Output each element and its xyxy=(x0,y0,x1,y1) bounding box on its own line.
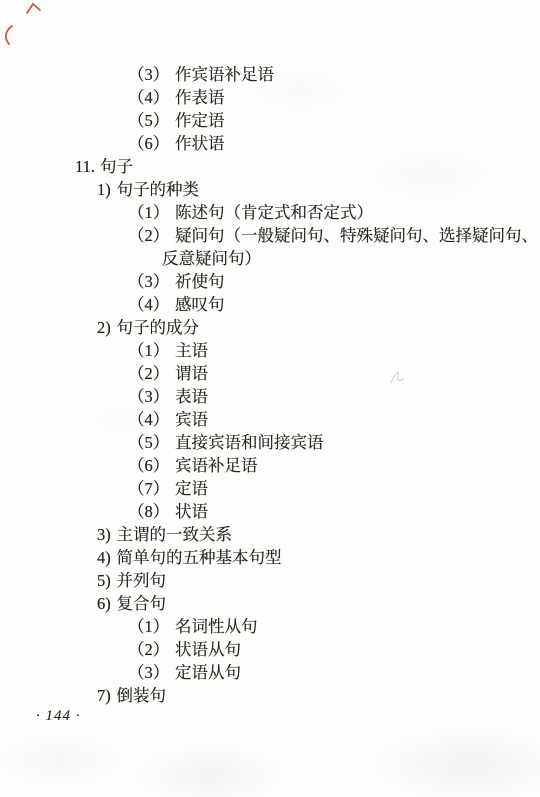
item-number: 11. xyxy=(75,157,95,176)
outline-line: 11.句子 xyxy=(75,155,540,178)
item-text: 感叹句 xyxy=(175,295,225,314)
item-number: 1) xyxy=(97,180,111,199)
outline-text-block: （3）作宾语补足语（4）作表语（5）作定语（6）作状语11.句子1)句子的种类（… xyxy=(0,63,540,707)
item-text: 陈述句（肯定式和否定式） xyxy=(175,203,373,222)
item-number: 2) xyxy=(97,318,111,337)
item-number: 3) xyxy=(97,525,111,544)
item-text: 句子 xyxy=(100,157,133,176)
item-number: （5） xyxy=(128,433,169,452)
outline-line: （8）状语 xyxy=(128,500,540,523)
item-text: 名词性从句 xyxy=(175,617,258,636)
item-number: （6） xyxy=(128,456,169,475)
outline-line: （5）直接宾语和间接宾语 xyxy=(128,431,540,454)
item-text: 反意疑问句） xyxy=(162,249,261,268)
outline-line: （3）祈使句 xyxy=(128,270,540,293)
outline-line: 2)句子的成分 xyxy=(97,316,540,339)
item-text: 祈使句 xyxy=(175,272,225,291)
outline-line: （6）作状语 xyxy=(128,132,540,155)
outline-line: 5)并列句 xyxy=(97,569,540,592)
outline-line: （2）谓语 xyxy=(128,362,540,385)
outline-line: （2）疑问句（一般疑问句、特殊疑问句、选择疑问句、 xyxy=(128,224,540,247)
item-text: 句子的种类 xyxy=(117,180,200,199)
item-number: 4) xyxy=(97,548,111,567)
item-number: （6） xyxy=(128,134,169,153)
item-text: 直接宾语和间接宾语 xyxy=(175,433,324,452)
item-text: 定语从句 xyxy=(175,663,241,682)
outline-line: 4)简单句的五种基本句型 xyxy=(97,546,540,569)
item-text: 倒装句 xyxy=(117,686,167,705)
item-text: 定语 xyxy=(175,479,208,498)
item-number: （1） xyxy=(128,617,169,636)
item-text: 表语 xyxy=(175,387,208,406)
outline-line: （4）宾语 xyxy=(128,408,540,431)
outline-line: （3）表语 xyxy=(128,385,540,408)
outline-line: （5）作定语 xyxy=(128,109,540,132)
item-number: （1） xyxy=(128,341,169,360)
item-number: （3） xyxy=(128,65,169,84)
item-text: 句子的成分 xyxy=(117,318,200,337)
outline-line: （3）作宾语补足语 xyxy=(128,63,540,86)
outline-line: （1）陈述句（肯定式和否定式） xyxy=(128,201,540,224)
outline-line: （7）定语 xyxy=(128,477,540,500)
item-text: 疑问句（一般疑问句、特殊疑问句、选择疑问句、 xyxy=(175,226,538,245)
item-number: （4） xyxy=(128,88,169,107)
item-number: （4） xyxy=(128,410,169,429)
item-text: 并列句 xyxy=(117,571,167,590)
item-number: （8） xyxy=(128,502,169,521)
item-text: 宾语 xyxy=(175,410,208,429)
outline-line: 反意疑问句） xyxy=(162,247,540,270)
item-text: 作表语 xyxy=(175,88,225,107)
item-text: 主语 xyxy=(175,341,208,360)
scanned-book-page: （3）作宾语补足语（4）作表语（5）作定语（6）作状语11.句子1)句子的种类（… xyxy=(0,0,540,797)
item-number: 6) xyxy=(97,594,111,613)
item-number: （3） xyxy=(128,272,169,291)
outline-line: 3)主谓的一致关系 xyxy=(97,523,540,546)
item-number: （2） xyxy=(128,364,169,383)
item-text: 宾语补足语 xyxy=(175,456,258,475)
outline-line: （1）主语 xyxy=(128,339,540,362)
item-number: （1） xyxy=(128,203,169,222)
outline-line: （3）定语从句 xyxy=(128,661,540,684)
item-text: 主谓的一致关系 xyxy=(117,525,233,544)
item-text: 作状语 xyxy=(175,134,225,153)
outline-line: 7)倒装句 xyxy=(97,684,540,707)
outline-line: （6）宾语补足语 xyxy=(128,454,540,477)
item-text: 复合句 xyxy=(117,594,167,613)
item-text: 简单句的五种基本句型 xyxy=(117,548,282,567)
item-number: （2） xyxy=(128,226,169,245)
red-pen-mark xyxy=(0,0,60,60)
outline-line: 1)句子的种类 xyxy=(97,178,540,201)
outline-line: （2）状语从句 xyxy=(128,638,540,661)
outline-line: 6)复合句 xyxy=(97,592,540,615)
outline-line: （1）名词性从句 xyxy=(128,615,540,638)
item-number: （3） xyxy=(128,663,169,682)
item-number: （5） xyxy=(128,111,169,130)
item-number: （7） xyxy=(128,479,169,498)
item-text: 作宾语补足语 xyxy=(175,65,274,84)
item-text: 谓语 xyxy=(175,364,208,383)
item-number: 7) xyxy=(97,686,111,705)
item-number: 5) xyxy=(97,571,111,590)
page-number: · 144 · xyxy=(36,708,81,725)
item-number: （3） xyxy=(128,387,169,406)
item-text: 状语从句 xyxy=(175,640,241,659)
outline-line: （4）感叹句 xyxy=(128,293,540,316)
item-number: （2） xyxy=(128,640,169,659)
item-number: （4） xyxy=(128,295,169,314)
item-text: 作定语 xyxy=(175,111,225,130)
outline-line: （4）作表语 xyxy=(128,86,540,109)
item-text: 状语 xyxy=(175,502,208,521)
